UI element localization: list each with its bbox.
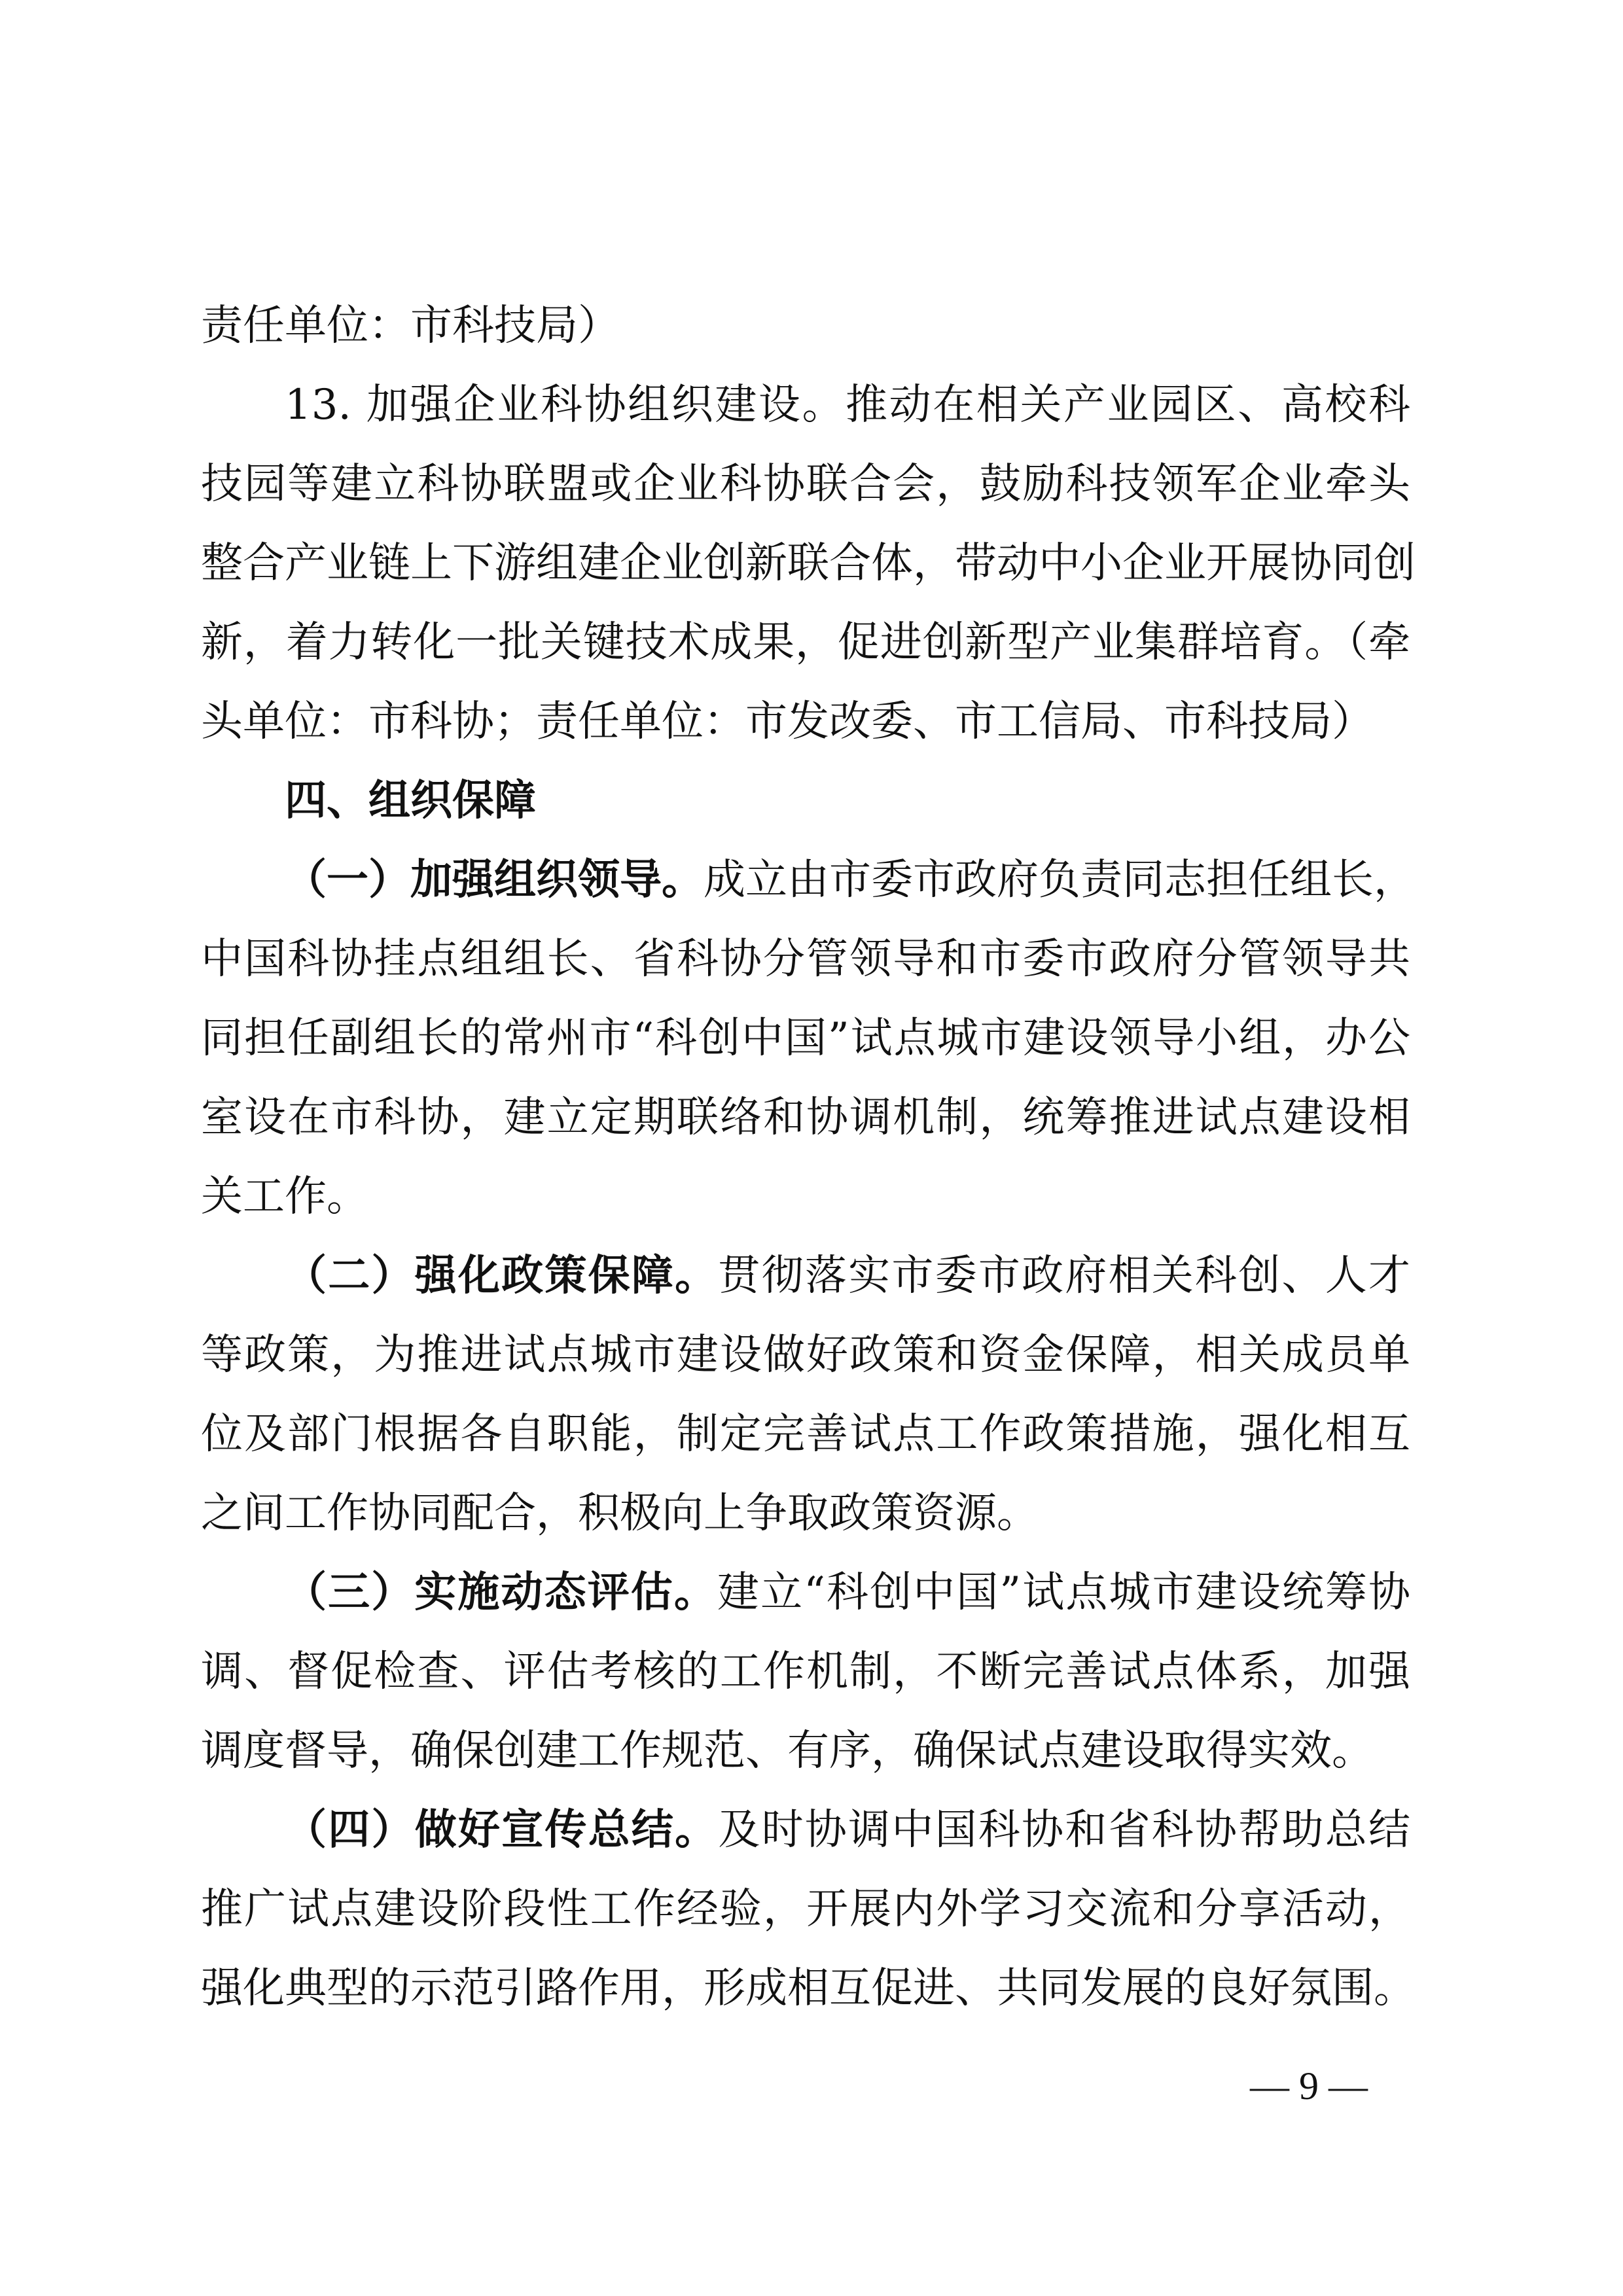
paragraph-line: 责任单位：市科技局）: [201, 287, 1410, 366]
paragraph-line: 之间工作协同配合，积极向上争取政策资源。: [201, 1474, 1410, 1553]
paragraph-line: 室设在市科协，建立定期联络和协调机制，统筹推进试点建设相: [201, 1078, 1410, 1157]
section-heading: 四、组织保障: [201, 762, 1410, 841]
section-1-title: （一）加强组织领导。: [285, 856, 704, 904]
paragraph-line: 新，着力转化一批关键技术成果，促进创新型产业集群培育。（牵: [201, 603, 1410, 682]
section-2-title: （二）强化政策保障。: [285, 1252, 718, 1300]
section-4-text: 及时协调中国科协和省科协帮助总结: [718, 1806, 1410, 1854]
paragraph-line: 中国科协挂点组组长、省科协分管领导和市委市政府分管领导共: [201, 920, 1410, 999]
paragraph-line: 头单位：市科协；责任单位：市发改委、市工信局、市科技局）: [201, 682, 1410, 762]
paragraph-line: 强化典型的示范引路作用，形成相互促进、共同发展的良好氛围。: [201, 1949, 1410, 2028]
document-page: 责任单位：市科技局） 13. 加强企业科协组织建设。推动在相关产业园区、高校科 …: [201, 287, 1410, 2028]
section-2-text: 贯彻落实市委市政府相关科创、人才: [718, 1252, 1410, 1300]
paragraph-line: 技园等建立科协联盟或企业科协联合会，鼓励科技领军企业牵头: [201, 445, 1410, 524]
paragraph-line: 位及部门根据各自职能，制定完善试点工作政策措施，强化相互: [201, 1395, 1410, 1474]
paragraph-line: 推广试点建设阶段性工作经验，开展内外学习交流和分享活动，: [201, 1870, 1410, 1949]
section-1-first-line: （一）加强组织领导。成立由市委市政府负责同志担任组长，: [201, 841, 1410, 920]
section-1-text: 成立由市委市政府负责同志担任组长，: [704, 856, 1416, 904]
paragraph-line: 整合产业链上下游组建企业创新联合体，带动中小企业开展协同创: [201, 524, 1410, 603]
section-2-first-line: （二）强化政策保障。贯彻落实市委市政府相关科创、人才: [201, 1237, 1410, 1316]
section-3-first-line: （三）实施动态评估。建立“科创中国”试点城市建设统筹协: [201, 1553, 1410, 1633]
page-number: — 9 —: [1224, 2060, 1394, 2112]
paragraph-line: 同担任副组长的常州市“科创中国”试点城市建设领导小组，办公: [201, 999, 1410, 1078]
section-4-first-line: （四）做好宣传总结。及时协调中国科协和省科协帮助总结: [201, 1791, 1410, 1870]
section-3-text: 建立“科创中国”试点城市建设统筹协: [717, 1568, 1410, 1617]
paragraph-line: 调、督促检查、评估考核的工作机制，不断完善试点体系，加强: [201, 1633, 1410, 1712]
section-3-title: （三）实施动态评估。: [285, 1568, 717, 1617]
paragraph-line: 关工作。: [201, 1157, 1410, 1237]
section-4-title: （四）做好宣传总结。: [285, 1806, 718, 1854]
paragraph-line: 等政策，为推进试点城市建设做好政策和资金保障，相关成员单: [201, 1316, 1410, 1395]
paragraph-line: 13. 加强企业科协组织建设。推动在相关产业园区、高校科: [201, 366, 1410, 445]
paragraph-line: 调度督导，确保创建工作规范、有序，确保试点建设取得实效。: [201, 1712, 1410, 1791]
